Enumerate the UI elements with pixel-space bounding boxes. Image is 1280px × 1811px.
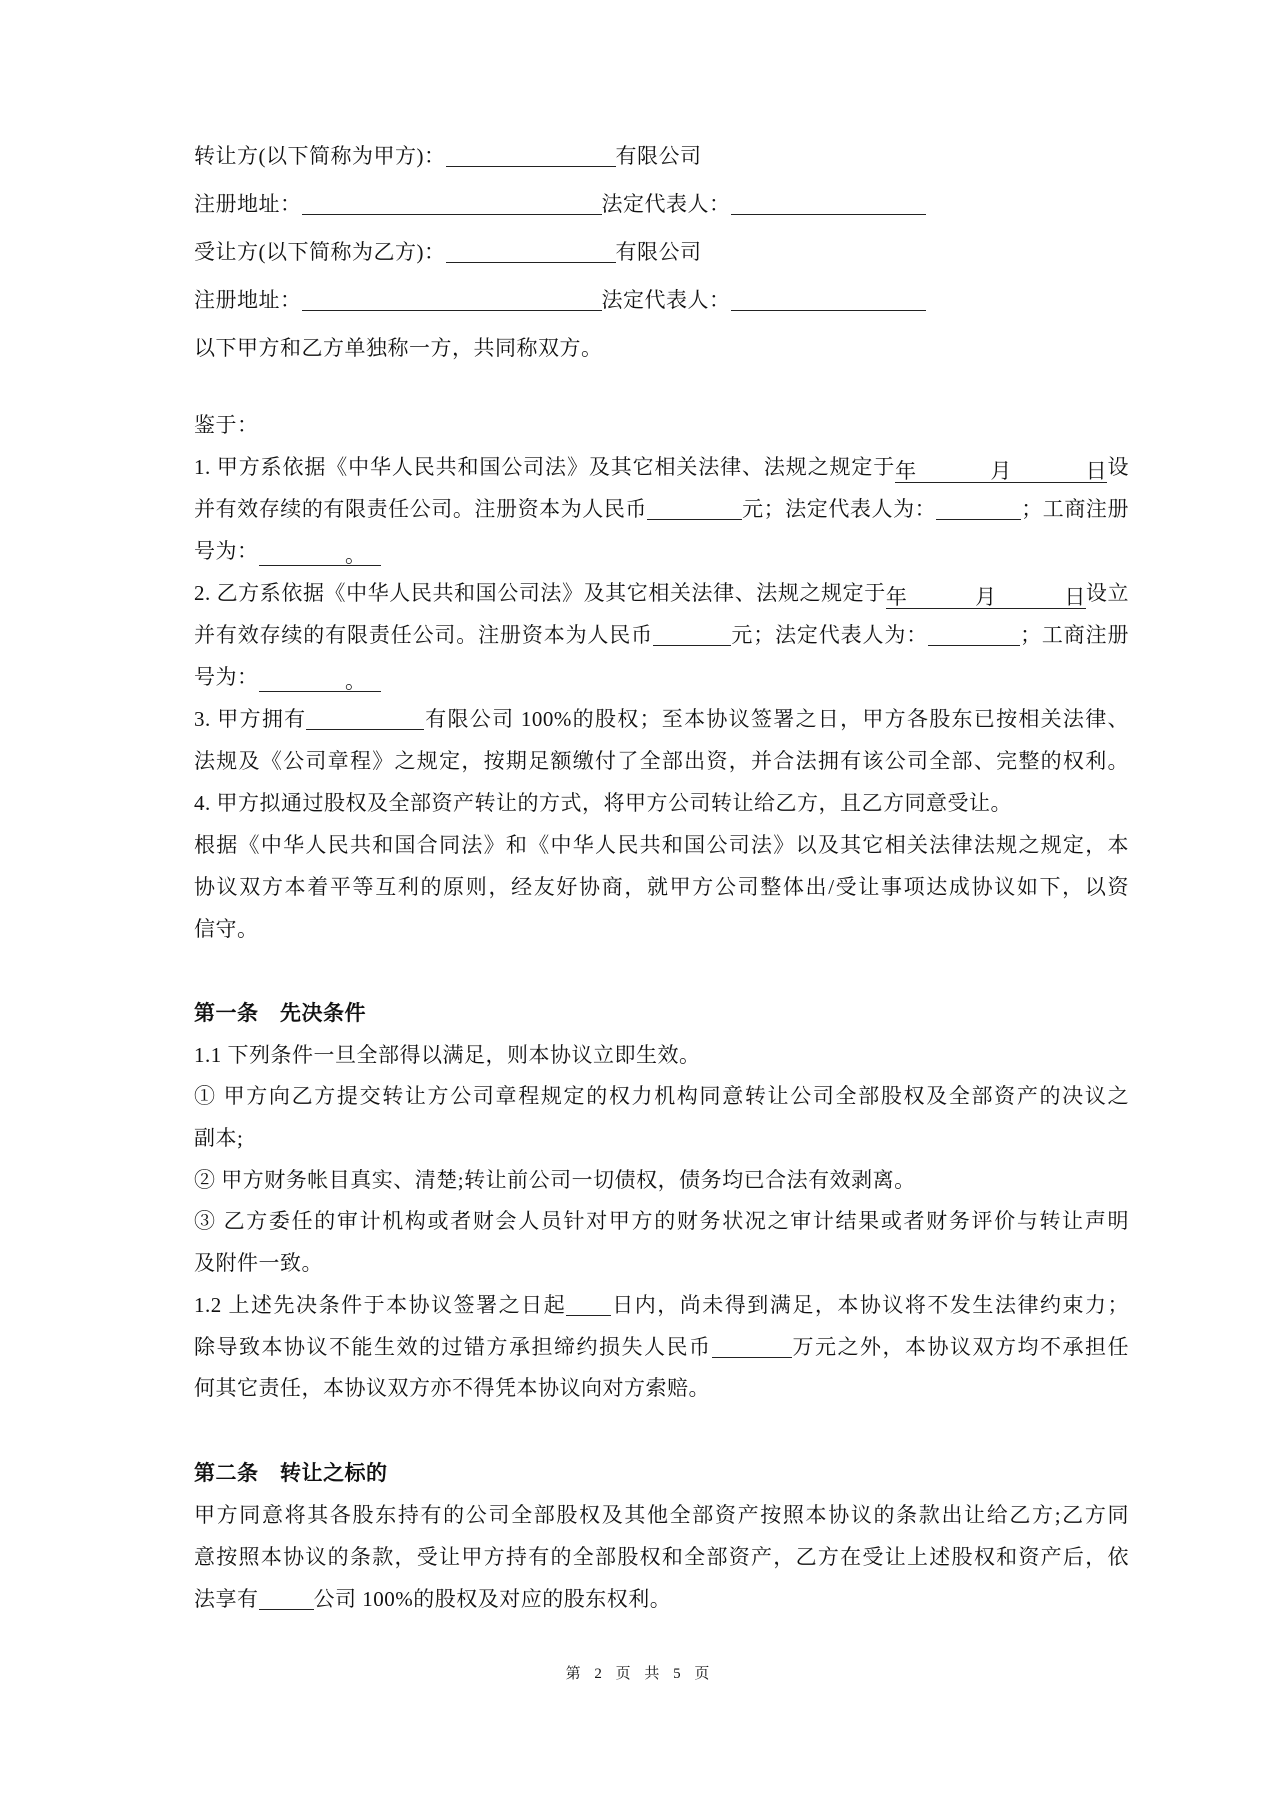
text-line: 1.1 下列条件一旦全部得以满足，则本协议立即生效。 <box>194 1035 1129 1077</box>
text-run: 转让方(以下简称为甲方)： <box>194 144 446 168</box>
text-line: 并有效存续的有限责任公司。注册资本为人民币元；法定代表人为：；工商注册 <box>194 488 1129 530</box>
section-heading: 第一条 先决条件 <box>194 993 1129 1035</box>
text-line: ② 甲方财务帐目真实、清楚;转让前公司一切债权，债务均已合法有效剥离。 <box>194 1160 1129 1202</box>
text-run: 第一条 先决条件 <box>194 1001 366 1025</box>
text-line: 以下甲方和乙方单独称一方，共同称双方。 <box>194 324 1129 372</box>
blank-field <box>731 289 926 311</box>
text-line: 除导致本协议不能生效的过错方承担缔约损失人民币万元之外，本协议双方均不承担任 <box>194 1327 1129 1369</box>
section-heading: 第二条 转让之标的 <box>194 1452 1129 1494</box>
text-run: 法规及《公司章程》之规定，按期足额缴付了全部出资，并合法拥有该公司全部、完整的权… <box>194 749 1129 773</box>
text-run: 号为： <box>194 539 259 563</box>
text-line: 号为：。 <box>194 530 1129 572</box>
text-line: 甲方同意将其各股东持有的公司全部股权及其他全部资产按照本协议的条款出让给乙方;乙… <box>194 1494 1129 1536</box>
text-line: 鉴于： <box>194 404 1129 446</box>
party-info-block: 转让方(以下简称为甲方)：有限公司注册地址：法定代表人：受让方(以下简称为乙方)… <box>194 132 1129 372</box>
text-run: 元；法定代表人为： <box>731 623 928 647</box>
text-run: 设立 <box>1086 581 1129 605</box>
text-run: 法享有 <box>194 1587 259 1611</box>
page-footer: 第 2 页 共 5 页 <box>0 1662 1280 1683</box>
blank-field <box>566 1294 611 1316</box>
blank-field <box>446 241 616 263</box>
text-run: 受让方(以下简称为乙方)： <box>194 240 446 264</box>
text-run: 协议双方本着平等互利的原则，经友好协商，就甲方公司整体出/受让事项达成协议如下，… <box>194 875 1129 899</box>
text-run: 注册地址： <box>194 192 302 216</box>
text-run: 甲方同意将其各股东持有的公司全部股权及其他全部资产按照本协议的条款出让给乙方;乙… <box>194 1503 1129 1527</box>
text-run: 以下甲方和乙方单独称一方，共同称双方。 <box>194 336 603 360</box>
blank-field <box>731 193 926 215</box>
text-run: 1. 甲方系依据《中华人民共和国公司法》及其它相关法律、法规之规定于 <box>194 455 895 479</box>
text-run: 有限公司 <box>616 144 702 168</box>
text-run: ；工商注册 <box>1021 497 1129 521</box>
recitals-block: 鉴于：1. 甲方系依据《中华人民共和国公司法》及其它相关法律、法规之规定于年 月… <box>194 404 1129 950</box>
text-run: 根据《中华人民共和国合同法》和《中华人民共和国公司法》以及其它相关法律法规之规定… <box>194 833 1129 857</box>
blank-field: 。 <box>259 671 381 692</box>
text-line: 意按照本协议的条款，受让甲方持有的全部股权和全部资产，乙方在受让上述股权和资产后… <box>194 1536 1129 1578</box>
text-run: 1.1 下列条件一旦全部得以满足，则本协议立即生效。 <box>194 1043 701 1067</box>
text-line: 3. 甲方拥有有限公司 100%的股权；至本协议签署之日，甲方各股东已按相关法律… <box>194 698 1129 740</box>
text-run: 并有效存续的有限责任公司。注册资本为人民币 <box>194 623 653 647</box>
blank-field <box>928 624 1020 646</box>
text-run: ① 甲方向乙方提交转让方公司章程规定的权力机构同意转让公司全部股权及全部资产的决… <box>194 1084 1129 1108</box>
text-line: 副本; <box>194 1118 1129 1160</box>
text-run: 法定代表人： <box>602 288 731 312</box>
text-run: 何其它责任，本协议双方亦不得凭本协议向对方索赔。 <box>194 1376 710 1400</box>
text-run: 日内，尚未得到满足，本协议将不发生法律约束力； <box>611 1293 1129 1317</box>
blank-field <box>647 498 742 520</box>
text-line: ③ 乙方委任的审计机构或者财会人员针对甲方的财务状况之审计结果或者财务评价与转让… <box>194 1201 1129 1243</box>
text-line: 1.2 上述先决条件于本协议签署之日起日内，尚未得到满足，本协议将不发生法律约束… <box>194 1285 1129 1327</box>
text-line: 注册地址：法定代表人： <box>194 276 1129 324</box>
blank-field: 年 月 日 <box>886 587 1086 609</box>
document-body: 转让方(以下简称为甲方)：有限公司注册地址：法定代表人：受让方(以下简称为乙方)… <box>194 132 1129 1620</box>
text-run: 意按照本协议的条款，受让甲方持有的全部股权和全部资产，乙方在受让上述股权和资产后… <box>194 1545 1129 1569</box>
blank-field: 。 <box>259 545 381 566</box>
text-line: 及附件一致。 <box>194 1243 1129 1285</box>
blank-field <box>446 145 616 167</box>
blank-field <box>259 1588 314 1610</box>
text-run: 鉴于： <box>194 413 259 437</box>
text-run: 法定代表人： <box>602 192 731 216</box>
text-line: 1. 甲方系依据《中华人民共和国公司法》及其它相关法律、法规之规定于年 月 日设… <box>194 446 1129 488</box>
blank-field <box>302 193 602 215</box>
text-line: 根据《中华人民共和国合同法》和《中华人民共和国公司法》以及其它相关法律法规之规定… <box>194 824 1129 866</box>
text-run: 4. 甲方拟通过股权及全部资产转让的方式，将甲方公司转让给乙方，且乙方同意受让。 <box>194 791 1012 815</box>
article-1-block: 第一条 先决条件1.1 下列条件一旦全部得以满足，则本协议立即生效。① 甲方向乙… <box>194 993 1129 1410</box>
blank-field <box>712 1336 792 1358</box>
text-run: 3. 甲方拥有 <box>194 707 306 731</box>
text-run: 有限公司 100%的股权；至本协议签署之日，甲方各股东已按相关法律、 <box>424 707 1129 731</box>
text-run: 信守。 <box>194 917 259 941</box>
text-line: 法享有公司 100%的股权及对应的股东权利。 <box>194 1578 1129 1620</box>
text-run: 1.2 上述先决条件于本协议签署之日起 <box>194 1293 566 1317</box>
text-run: ；工商注册 <box>1020 623 1129 647</box>
text-run: 万元之外，本协议双方均不承担任 <box>792 1335 1130 1359</box>
text-run: ③ 乙方委任的审计机构或者财会人员针对甲方的财务状况之审计结果或者财务评价与转让… <box>194 1209 1129 1233</box>
article-2-block: 第二条 转让之标的甲方同意将其各股东持有的公司全部股权及其他全部资产按照本协议的… <box>194 1452 1129 1620</box>
text-line: 转让方(以下简称为甲方)：有限公司 <box>194 132 1129 180</box>
text-run: 第二条 转让之标的 <box>194 1461 388 1485</box>
text-run: 除导致本协议不能生效的过错方承担缔约损失人民币 <box>194 1335 712 1359</box>
text-line: 2. 乙方系依据《中华人民共和国公司法》及其它相关法律、法规之规定于年 月 日设… <box>194 572 1129 614</box>
text-run: 2. 乙方系依据《中华人民共和国公司法》及其它相关法律、法规之规定于 <box>194 581 886 605</box>
text-line: 信守。 <box>194 908 1129 950</box>
text-line: 4. 甲方拟通过股权及全部资产转让的方式，将甲方公司转让给乙方，且乙方同意受让。 <box>194 782 1129 824</box>
text-run: 及附件一致。 <box>194 1251 323 1275</box>
text-line: 注册地址：法定代表人： <box>194 180 1129 228</box>
blank-field <box>653 624 731 646</box>
text-line: 何其它责任，本协议双方亦不得凭本协议向对方索赔。 <box>194 1368 1129 1410</box>
text-line: 受让方(以下简称为乙方)：有限公司 <box>194 228 1129 276</box>
text-line: 号为：。 <box>194 656 1129 698</box>
text-line: 并有效存续的有限责任公司。注册资本为人民币元；法定代表人为：；工商注册 <box>194 614 1129 656</box>
text-line: ① 甲方向乙方提交转让方公司章程规定的权力机构同意转让公司全部股权及全部资产的决… <box>194 1076 1129 1118</box>
text-run: 注册地址： <box>194 288 302 312</box>
text-run: 并有效存续的有限责任公司。注册资本为人民币 <box>194 497 647 521</box>
contract-page: 转让方(以下简称为甲方)：有限公司注册地址：法定代表人：受让方(以下简称为乙方)… <box>0 0 1280 1811</box>
blank-field <box>302 289 602 311</box>
text-line: 法规及《公司章程》之规定，按期足额缴付了全部出资，并合法拥有该公司全部、完整的权… <box>194 740 1129 782</box>
text-run: 公司 100%的股权及对应的股东权利。 <box>314 1587 672 1611</box>
text-run: 号为： <box>194 665 259 689</box>
text-run: 元；法定代表人为： <box>742 497 936 521</box>
text-run: 有限公司 <box>616 240 702 264</box>
blank-field: 年 月 日 <box>895 461 1107 483</box>
blank-field <box>306 708 424 730</box>
text-run: 副本; <box>194 1126 243 1150</box>
blank-field <box>936 498 1021 520</box>
text-run: ② 甲方财务帐目真实、清楚;转让前公司一切债权，债务均已合法有效剥离。 <box>194 1168 916 1192</box>
text-line: 协议双方本着平等互利的原则，经友好协商，就甲方公司整体出/受让事项达成协议如下，… <box>194 866 1129 908</box>
